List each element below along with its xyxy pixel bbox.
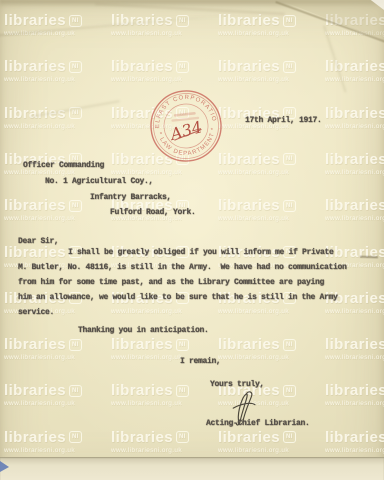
watermark-brand: librariesNI (218, 198, 322, 213)
watermark-brand: librariesNI (4, 337, 108, 352)
watermark-url: www.librariesni.org.uk (111, 447, 215, 455)
watermark-tile: librariesNIwww.librariesni.org.uk (4, 383, 108, 408)
stamp-illegible-line (174, 112, 196, 117)
watermark-brand-text: libraries (218, 198, 280, 213)
watermark-url: www.librariesni.org.uk (111, 308, 215, 316)
watermark-brand: librariesNI (218, 13, 322, 28)
watermark-url: www.librariesni.org.uk (4, 400, 108, 408)
recipient-line-4: Fulford Road, York. (110, 208, 196, 218)
watermark-url: www.librariesni.org.uk (4, 215, 108, 223)
watermark-tile: librariesNIwww.librariesni.org.uk (218, 430, 322, 455)
watermark-url: www.librariesni.org.uk (325, 76, 384, 84)
blue-corner-mark (0, 461, 9, 472)
watermark-brand-text: libraries (111, 59, 173, 74)
watermark-brand: librariesNI (4, 59, 108, 74)
letter-date: 17th April, 1917. (245, 116, 322, 126)
watermark-url: www.librariesni.org.uk (325, 447, 384, 455)
watermark-tile: librariesNIwww.librariesni.org.uk (218, 13, 322, 38)
watermark-url: www.librariesni.org.uk (218, 215, 322, 223)
libraries-ni-logo: NI (176, 339, 189, 351)
recipient-line-3: Infantry Barracks, (90, 193, 171, 203)
received-stamp: BELFAST CORPORATION * LAW DEPARTMENT * A… (142, 82, 230, 170)
paper-crease (0, 13, 242, 37)
libraries-ni-logo: NI (283, 15, 296, 27)
watermark-url: www.librariesni.org.uk (218, 169, 322, 177)
watermark-url: www.librariesni.org.uk (111, 169, 215, 177)
watermark-tile: librariesNIwww.librariesni.org.uk (111, 59, 215, 84)
watermark-brand: librariesNI (218, 59, 322, 74)
watermark-tile: librariesNIwww.librariesni.org.uk (111, 13, 215, 38)
watermark-brand: librariesNI (4, 430, 108, 445)
watermark-brand: librariesNI (4, 383, 108, 398)
libraries-ni-logo: NI (69, 339, 82, 351)
paper-bottom-edge (0, 457, 384, 480)
watermark-tile: librariesNIwww.librariesni.org.uk (325, 59, 384, 84)
libraries-ni-logo: NI (69, 385, 82, 397)
paper-fold-shade (268, 0, 384, 48)
watermark-url: www.librariesni.org.uk (218, 447, 322, 455)
watermark-tile: librariesNIwww.librariesni.org.uk (4, 430, 108, 455)
watermark-brand-text: libraries (111, 383, 173, 398)
watermark-brand-text: libraries (325, 13, 384, 28)
body-line-2: M. Butler, No. 48116, is still in the Ar… (18, 263, 347, 273)
watermark-brand-text: libraries (325, 106, 384, 121)
libraries-ni-logo: NI (283, 61, 296, 73)
libraries-ni-logo: NI (283, 431, 296, 443)
watermark-brand: librariesNI (325, 337, 384, 352)
watermark-brand: librariesNI (325, 430, 384, 445)
libraries-ni-logo: NI (69, 61, 82, 73)
body-line-3: from him for some time past, and as the … (18, 278, 324, 288)
watermark-brand-text: libraries (218, 59, 280, 74)
watermark-brand: librariesNI (325, 13, 384, 28)
watermark-brand-text: libraries (111, 13, 173, 28)
watermark-brand-text: libraries (325, 337, 384, 352)
watermark-brand-text: libraries (4, 59, 66, 74)
body-line-1: I shall be greatly obliged if you will i… (68, 248, 334, 258)
watermark-tile: librariesNIwww.librariesni.org.uk (325, 383, 384, 408)
libraries-ni-logo: NI (69, 200, 82, 212)
watermark-tile: librariesNIwww.librariesni.org.uk (4, 337, 108, 362)
watermark-tile: librariesNIwww.librariesni.org.uk (111, 383, 215, 408)
watermark-url: www.librariesni.org.uk (218, 308, 322, 316)
watermark-tile: librariesNIwww.librariesni.org.uk (325, 152, 384, 177)
body-line-5: service. (18, 308, 54, 318)
watermark-brand-text: libraries (4, 430, 66, 445)
watermark-url: www.librariesni.org.uk (4, 30, 108, 38)
watermark-brand-text: libraries (4, 13, 66, 28)
watermark-tile: librariesNIwww.librariesni.org.uk (325, 337, 384, 362)
libraries-ni-logo: NI (69, 107, 82, 119)
watermark-brand-text: libraries (325, 430, 384, 445)
libraries-ni-logo: NI (176, 431, 189, 443)
watermark-url: www.librariesni.org.uk (325, 123, 384, 131)
libraries-ni-logo: NI (69, 15, 82, 27)
watermark-tile: librariesNIwww.librariesni.org.uk (218, 59, 322, 84)
watermark-url: www.librariesni.org.uk (218, 76, 322, 84)
libraries-ni-logo: NI (283, 200, 296, 212)
watermark-url: www.librariesni.org.uk (111, 400, 215, 408)
recipient-line-1: Officer Commanding (23, 161, 104, 171)
watermark-tile: librariesNIwww.librariesni.org.uk (325, 430, 384, 455)
watermark-url: www.librariesni.org.uk (111, 30, 215, 38)
watermark-brand-text: libraries (4, 106, 66, 121)
watermark-tile: librariesNIwww.librariesni.org.uk (325, 198, 384, 223)
watermark-url: www.librariesni.org.uk (4, 447, 108, 455)
watermark-brand-text: libraries (4, 337, 66, 352)
libraries-ni-logo: NI (69, 431, 82, 443)
libraries-ni-logo: NI (283, 153, 296, 165)
watermark-tile: librariesNIwww.librariesni.org.uk (4, 59, 108, 84)
watermark-brand: librariesNI (325, 383, 384, 398)
watermark-url: www.librariesni.org.uk (218, 30, 322, 38)
paper-top-edge-shadow (0, 0, 384, 7)
watermark-tile: librariesNIwww.librariesni.org.uk (325, 106, 384, 131)
watermark-url: www.librariesni.org.uk (4, 76, 108, 84)
watermark-brand: librariesNI (111, 383, 215, 398)
paper-crease (95, 3, 285, 15)
watermark-url: www.librariesni.org.uk (325, 169, 384, 177)
watermark-brand-text: libraries (4, 198, 66, 213)
watermark-url: www.librariesni.org.uk (325, 308, 384, 316)
scanned-letter-page: librariesNIwww.librariesni.org.uklibrari… (0, 0, 384, 480)
watermark-brand-text: libraries (218, 13, 280, 28)
watermark-brand: librariesNI (111, 337, 215, 352)
salutation: Dear Sir, (18, 237, 59, 247)
watermark-tile: librariesNIwww.librariesni.org.uk (4, 13, 108, 38)
watermark-url: www.librariesni.org.uk (325, 354, 384, 362)
watermark-brand-text: libraries (111, 430, 173, 445)
watermark-brand-text: libraries (325, 152, 384, 167)
paper-fold-line (275, 1, 384, 43)
watermark-tile: librariesNIwww.librariesni.org.uk (218, 337, 322, 362)
watermark-url: www.librariesni.org.uk (325, 30, 384, 38)
libraries-ni-logo: NI (176, 385, 189, 397)
watermark-brand-text: libraries (218, 337, 280, 352)
watermark-url: www.librariesni.org.uk (4, 123, 108, 131)
watermark-brand-text: libraries (325, 383, 384, 398)
libraries-ni-logo: NI (176, 15, 189, 27)
watermark-brand: librariesNI (218, 337, 322, 352)
paper-crease (323, 25, 346, 92)
watermark-tile: librariesNIwww.librariesni.org.uk (218, 198, 322, 223)
watermark-url: www.librariesni.org.uk (325, 400, 384, 408)
watermark-brand: librariesNI (111, 13, 215, 28)
watermark-brand: librariesNI (325, 106, 384, 121)
signer-title: Acting-Chief Librarian. (206, 419, 310, 429)
watermark-brand: librariesNI (4, 106, 108, 121)
watermark-brand-text: libraries (4, 383, 66, 398)
recipient-line-2: No. 1 Agricultural Coy., (45, 177, 153, 187)
body-line-4: him an allowance, we would like to be su… (18, 293, 338, 303)
closing-i-remain: I remain, (180, 357, 221, 367)
watermark-url: www.librariesni.org.uk (218, 354, 322, 362)
watermark-tile: librariesNIwww.librariesni.org.uk (111, 430, 215, 455)
libraries-ni-logo: NI (176, 61, 189, 73)
watermark-brand: librariesNI (325, 152, 384, 167)
watermark-brand-text: libraries (218, 430, 280, 445)
paper-crease (360, 256, 378, 258)
watermark-brand: librariesNI (325, 59, 384, 74)
watermark-brand-text: libraries (325, 198, 384, 213)
libraries-ni-logo: NI (283, 339, 296, 351)
watermark-url: www.librariesni.org.uk (325, 215, 384, 223)
watermark-brand: librariesNI (111, 430, 215, 445)
watermark-brand: librariesNI (111, 59, 215, 74)
watermark-tile: librariesNIwww.librariesni.org.uk (325, 13, 384, 38)
watermark-brand: librariesNI (4, 13, 108, 28)
libraries-ni-logo: NI (283, 385, 296, 397)
watermark-url: www.librariesni.org.uk (4, 354, 108, 362)
watermark-url: www.librariesni.org.uk (111, 76, 215, 84)
watermark-brand: librariesNI (218, 152, 322, 167)
watermark-tile: librariesNIwww.librariesni.org.uk (218, 152, 322, 177)
paper-fold-corner (362, 0, 384, 10)
watermark-brand: librariesNI (325, 198, 384, 213)
watermark-tile: librariesNIwww.librariesni.org.uk (4, 106, 108, 131)
watermark-brand-text: libraries (111, 337, 173, 352)
watermark-brand-text: libraries (325, 59, 384, 74)
watermark-brand: librariesNI (218, 430, 322, 445)
pre-closing: Thanking you in anticipation. (78, 326, 209, 336)
paper-crease (31, 100, 120, 117)
